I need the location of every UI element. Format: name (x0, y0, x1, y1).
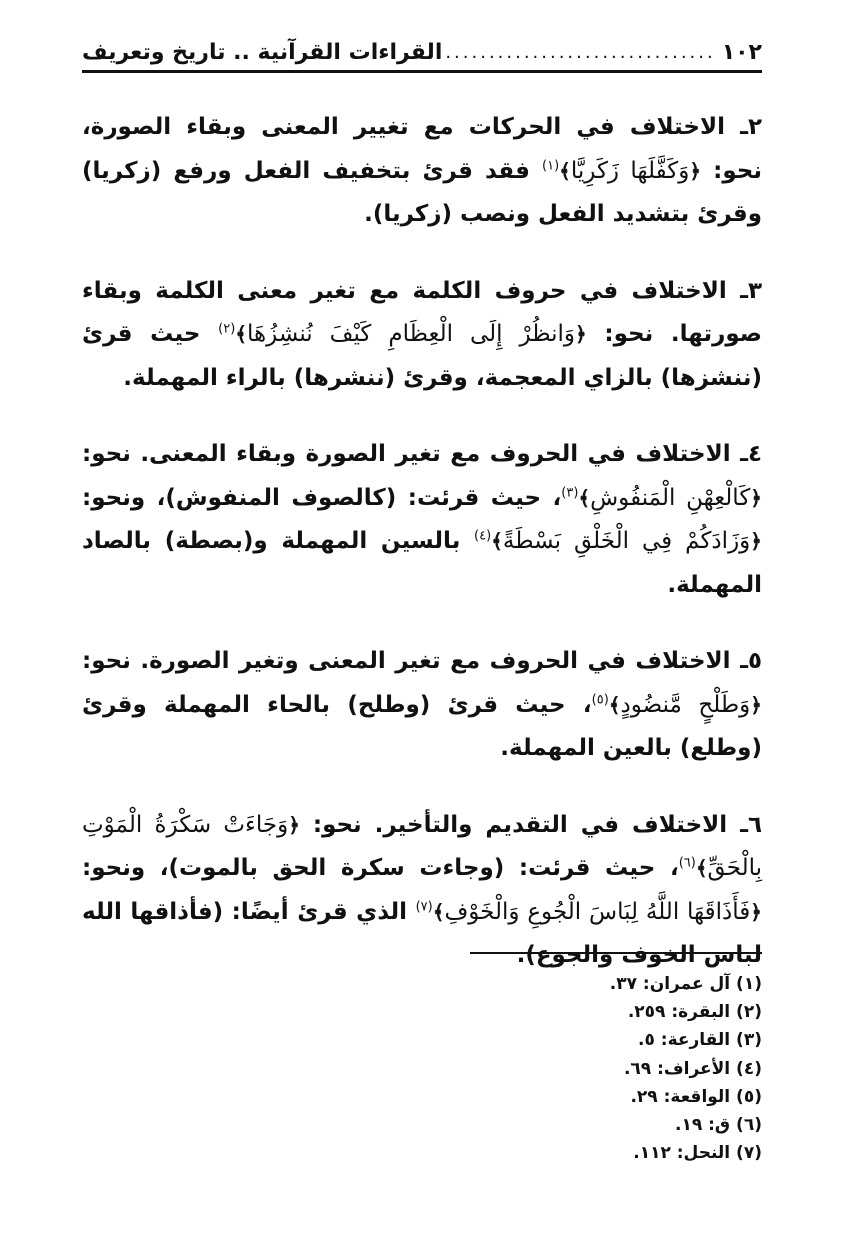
quran-verse: وَانظُرْ إِلَى الْعِظَامِ كَيْفَ نُنشِزُ… (247, 321, 575, 347)
ornate-open-bracket-icon: ﴿ (575, 322, 587, 346)
footnotes-list: (١) آل عمران: ٣٧. (٢) البقرة: ٢٥٩. (٣) ا… (82, 970, 762, 1167)
footnote-ref[interactable]: (٣) (561, 485, 578, 500)
header-leader-dots: ........................................… (446, 38, 715, 68)
paragraph-text: ، حيث قرئت: (وجاءت سكرة الحق بالموت)، ون… (82, 855, 679, 881)
ornate-open-bracket-icon: ﴿ (750, 486, 762, 510)
footnote-item: (٢) البقرة: ٢٥٩. (82, 998, 762, 1026)
footnote-ref[interactable]: (٥) (592, 692, 609, 707)
paragraph-2: ٢ـ الاختلاف في الحركات مع تغيير المعنى و… (82, 106, 762, 237)
ornate-open-bracket-icon: ﴿ (288, 813, 300, 837)
paragraph-lead: ٤ـ الاختلاف في الحروف مع تغير الصورة وبق… (82, 441, 762, 467)
footnote-ref[interactable]: (١) (542, 158, 559, 173)
footnote-item: (٦) ق: ١٩. (82, 1111, 762, 1139)
ornate-open-bracket-icon: ﴿ (750, 900, 762, 924)
paragraph-3: ٣ـ الاختلاف في حروف الكلمة مع تغير معنى … (82, 270, 762, 401)
quran-verse: وَكَفَّلَهَا زَكَرِيَّا (571, 158, 689, 184)
footnote-item: (٣) القارعة: ٥. (82, 1026, 762, 1054)
quran-verse: فَأَذَاقَهَا اللَّهُ لِبَاسَ الْجُوعِ وَ… (444, 899, 750, 925)
quran-verse: وَطَلْحٍ مَّنضُودٍ (621, 692, 751, 718)
page-number: ١٠٢ (722, 38, 762, 68)
ornate-close-bracket-icon: ﴾ (559, 159, 571, 183)
footnote-item: (٥) الواقعة: ٢٩. (82, 1083, 762, 1111)
footnote-ref[interactable]: (٧) (416, 899, 433, 914)
paragraph-5: ٥ـ الاختلاف في الحروف مع تغير المعنى وتغ… (82, 640, 762, 771)
running-header: ١٠٢ ....................................… (82, 38, 762, 68)
paragraph-text: ، حيث قرئت: (كالصوف المنفوش)، ونحو: (82, 485, 561, 511)
running-title: القراءات القرآنية .. تاريخ وتعريف (82, 38, 442, 68)
footnote-item: (١) آل عمران: ٣٧. (82, 970, 762, 998)
ornate-open-bracket-icon: ﴿ (689, 159, 701, 183)
footnote-ref[interactable]: (٢) (218, 321, 235, 336)
ornate-close-bracket-icon: ﴾ (609, 693, 621, 717)
ornate-close-bracket-icon: ﴾ (578, 486, 590, 510)
footnote-ref[interactable]: (٦) (679, 855, 696, 870)
quran-verse: كَالْعِهْنِ الْمَنفُوشِ (590, 485, 750, 511)
header-rule (82, 70, 762, 73)
ornate-open-bracket-icon: ﴿ (750, 529, 762, 553)
ornate-open-bracket-icon: ﴿ (750, 693, 762, 717)
paragraph-4: ٤ـ الاختلاف في الحروف مع تغير الصورة وبق… (82, 433, 762, 607)
ornate-close-bracket-icon: ﴾ (696, 856, 708, 880)
footnote-divider (470, 952, 762, 954)
ornate-close-bracket-icon: ﴾ (491, 529, 503, 553)
body-text: ٢ـ الاختلاف في الحركات مع تغيير المعنى و… (82, 106, 762, 1011)
footnote-item: (٧) النحل: ١١٢. (82, 1139, 762, 1167)
footnote-ref[interactable]: (٤) (474, 528, 491, 543)
ornate-close-bracket-icon: ﴾ (433, 900, 445, 924)
paragraph-lead: ٦ـ الاختلاف في التقديم والتأخير. نحو: (300, 812, 762, 838)
paragraph-lead: ٥ـ الاختلاف في الحروف مع تغير المعنى وتغ… (82, 648, 762, 674)
book-page: ١٠٢ ....................................… (82, 0, 762, 1237)
quran-verse: وَزَادَكُمْ فِي الْخَلْقِ بَسْطَةً (503, 528, 750, 554)
ornate-close-bracket-icon: ﴾ (235, 322, 247, 346)
footnote-item: (٤) الأعراف: ٦٩. (82, 1055, 762, 1083)
